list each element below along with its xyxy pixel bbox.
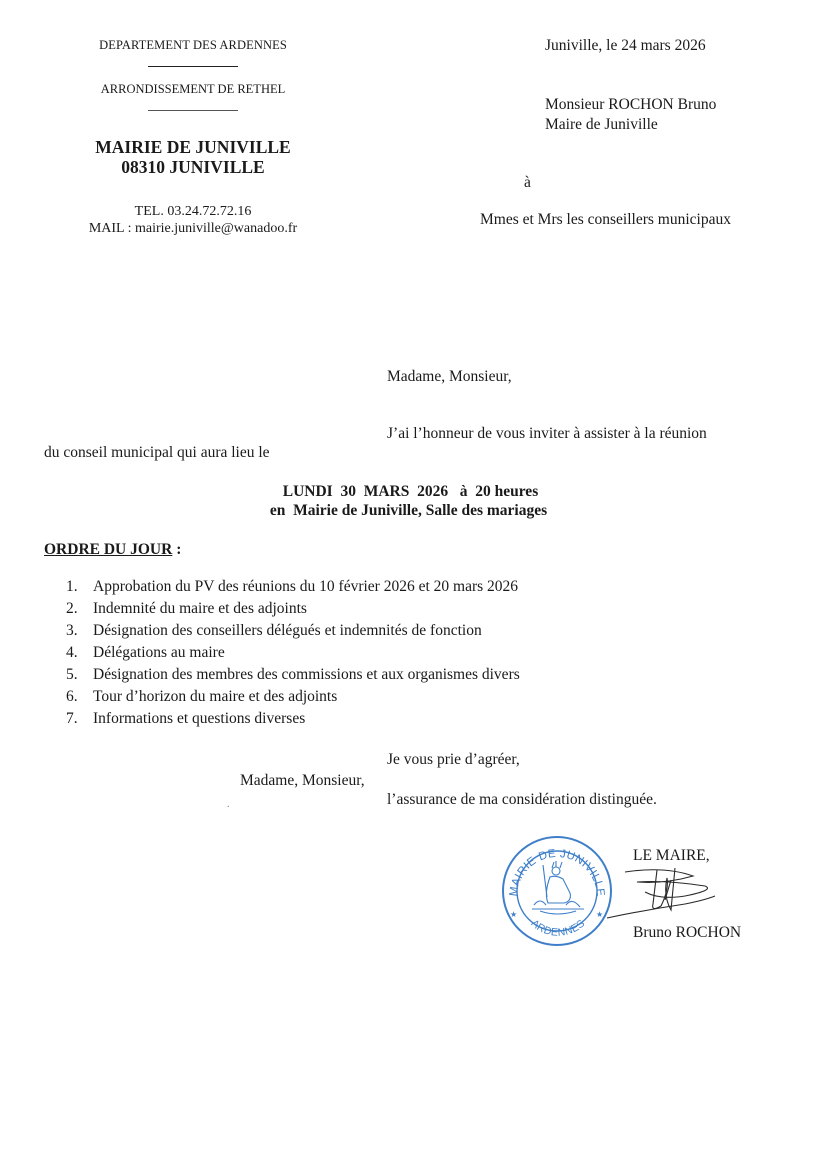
agenda-item-number: 6.: [66, 686, 93, 708]
agenda-item-number: 2.: [66, 598, 93, 620]
department-label: DEPARTEMENT DES ARDENNES: [50, 37, 336, 53]
closing-line-1: Je vous prie d’agréer,: [387, 751, 520, 769]
svg-text:ARDENNES: ARDENNES: [529, 917, 588, 938]
agenda-item-number: 3.: [66, 620, 93, 642]
agenda-item-number: 1.: [66, 576, 93, 598]
agenda-item-text: Informations et questions diverses: [93, 708, 305, 730]
agenda-item: 1.Approbation du PV des réunions du 10 f…: [66, 576, 520, 598]
to-label: à: [524, 174, 531, 192]
agenda-title-text: ORDRE DU JOUR: [44, 541, 172, 558]
agenda-item: 5.Désignation des membres des commission…: [66, 664, 520, 686]
agenda-item-text: Désignation des conseillers délégués et …: [93, 620, 482, 642]
sender-title: Maire de Juniville: [545, 115, 716, 135]
agenda-item-text: Approbation du PV des réunions du 10 fév…: [93, 576, 518, 598]
meeting-datetime: LUNDI 30 MARS 2026 à 20 heures: [0, 482, 824, 501]
agenda-item: 4.Délégations au maire: [66, 642, 520, 664]
agenda-item-number: 7.: [66, 708, 93, 730]
phone-number: TEL. 03.24.72.72.16: [50, 203, 336, 220]
agenda-item-text: Désignation des membres des commissions …: [93, 664, 520, 686]
agenda-item: 7.Informations et questions diverses: [66, 708, 520, 730]
intro-line-2: du conseil municipal qui aura lieu le: [44, 444, 270, 462]
svg-text:MAIRIE DE JUNIVILLE: MAIRIE DE JUNIVILLE: [508, 848, 606, 897]
agenda-title-colon: :: [172, 541, 181, 558]
closing-line-2: Madame, Monsieur,: [240, 772, 365, 790]
svg-text:★: ★: [596, 910, 603, 919]
agenda-item: 3.Désignation des conseillers délégués e…: [66, 620, 520, 642]
agenda-item-text: Délégations au maire: [93, 642, 225, 664]
signature-icon: [605, 860, 720, 925]
signer-name: Bruno ROCHON: [633, 924, 741, 942]
mairie-stamp-icon: MAIRIE DE JUNIVILLE ARDENNES ★ ★: [500, 835, 614, 947]
agenda-item-number: 5.: [66, 664, 93, 686]
agenda-title: ORDRE DU JOUR :: [44, 541, 181, 559]
recipients: Mmes et Mrs les conseillers municipaux: [480, 211, 731, 229]
agenda-item: 6.Tour d’horizon du maire et des adjoint…: [66, 686, 520, 708]
sender-block: Monsieur ROCHON Bruno Maire de Juniville: [545, 95, 716, 135]
closing-line-3: l’assurance de ma considération distingu…: [387, 791, 657, 809]
divider: [148, 66, 238, 67]
agenda-list: 1.Approbation du PV des réunions du 10 f…: [66, 576, 520, 730]
email-address: MAIL : mairie.juniville@wanadoo.fr: [50, 220, 336, 237]
agenda-item-number: 4.: [66, 642, 93, 664]
sender-name: Monsieur ROCHON Bruno: [545, 95, 716, 115]
place-date: Juniville, le 24 mars 2026: [545, 37, 706, 55]
letterhead-left: DEPARTEMENT DES ARDENNES ARRONDISSEMENT …: [50, 30, 336, 237]
intro-line-1: J’ai l’honneur de vous inviter à assiste…: [387, 425, 707, 443]
agenda-item-text: Tour d’horizon du maire et des adjoints: [93, 686, 337, 708]
agenda-item: 2.Indemnité du maire et des adjoints: [66, 598, 520, 620]
svg-text:★: ★: [510, 910, 517, 919]
mairie-name: MAIRIE DE JUNIVILLE: [50, 137, 336, 157]
agenda-item-text: Indemnité du maire et des adjoints: [93, 598, 307, 620]
meeting-place: en Mairie de Juniville, Salle des mariag…: [0, 501, 822, 520]
salutation: Madame, Monsieur,: [387, 368, 512, 386]
divider: [148, 110, 238, 111]
arrondissement-label: ARRONDISSEMENT DE RETHEL: [50, 81, 336, 97]
signature-title: LE MAIRE,: [633, 847, 710, 865]
stray-mark: .: [227, 799, 230, 810]
mairie-address: 08310 JUNIVILLE: [50, 157, 336, 177]
